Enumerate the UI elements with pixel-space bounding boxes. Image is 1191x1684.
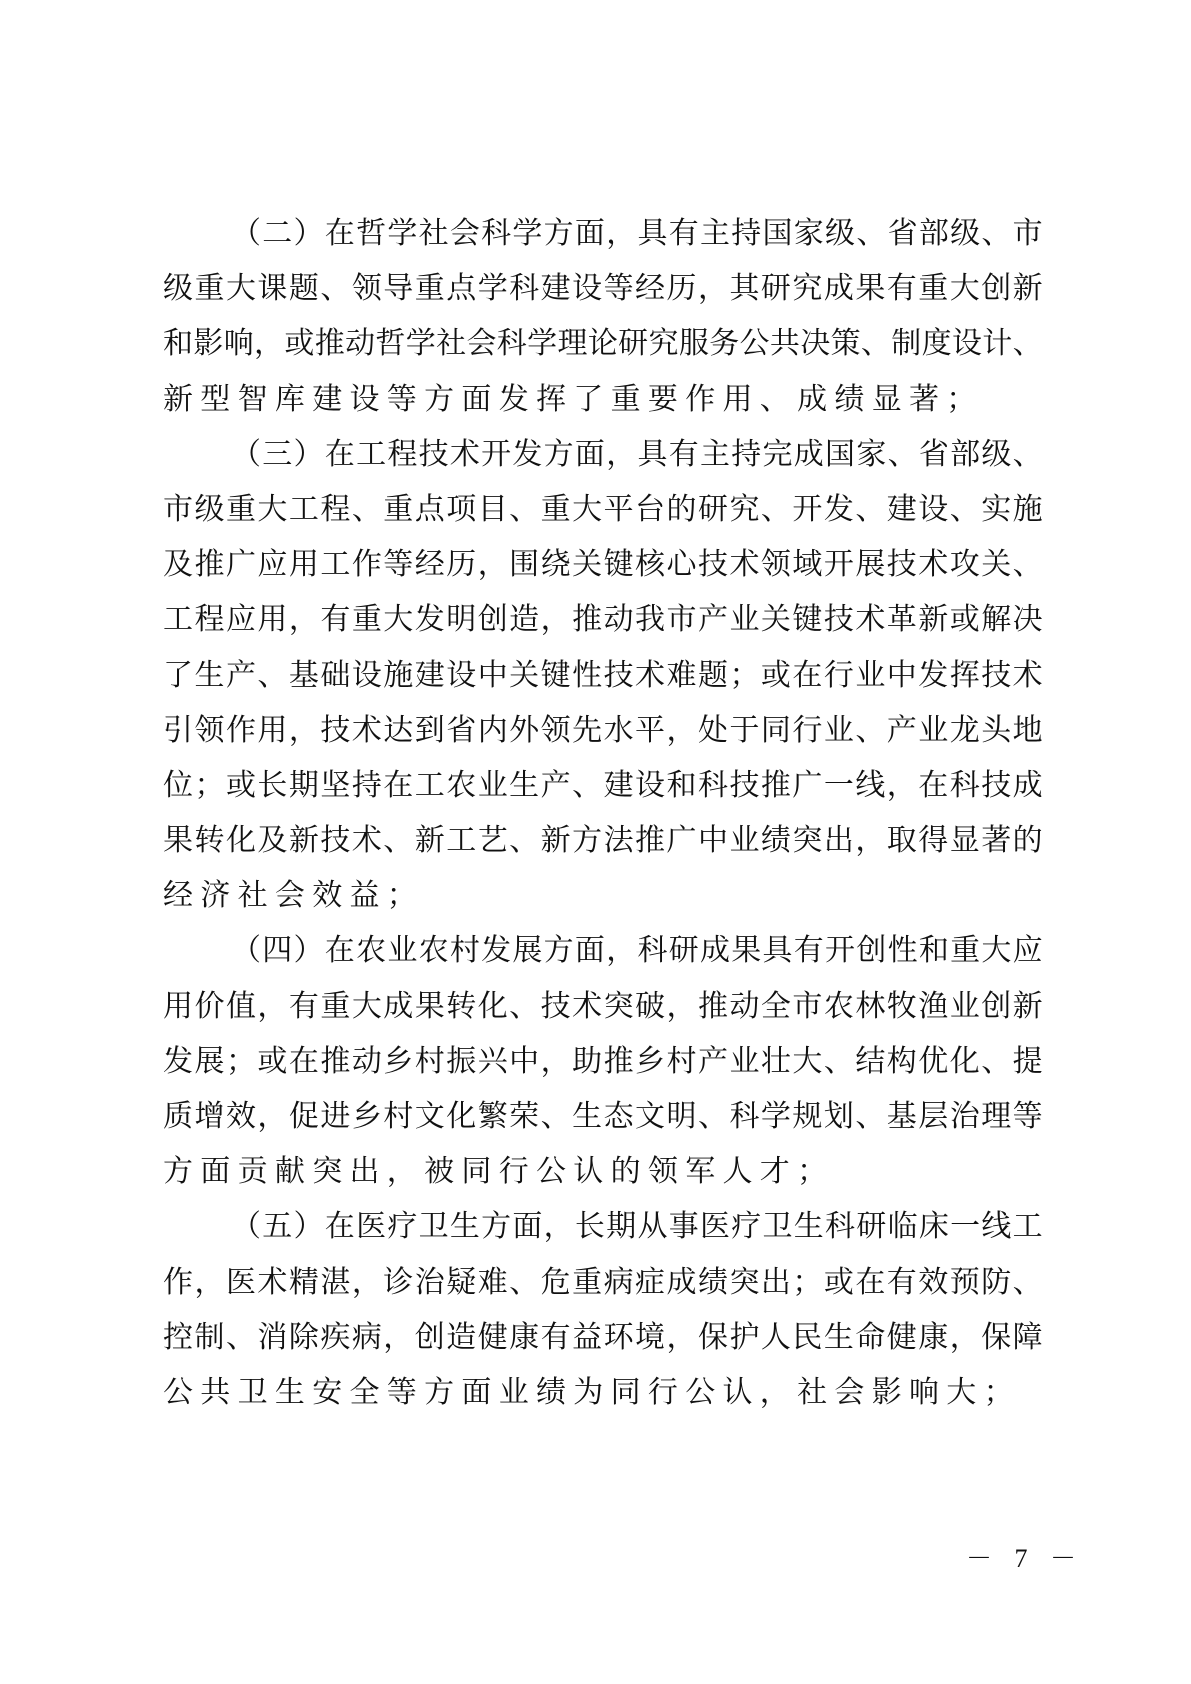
text-line: 果转化及新技术、新工艺、新方法推广中业绩突出，取得显著的 bbox=[163, 813, 1043, 868]
text-line: 经济社会效益； bbox=[163, 868, 1043, 923]
text-line: 市级重大工程、重点项目、重大平台的研究、开发、建设、实施 bbox=[163, 482, 1043, 537]
text-line: 工程应用，有重大发明创造，推动我市产业关键技术革新或解决 bbox=[163, 592, 1043, 647]
text-line: 用价值，有重大成果转化、技术突破，推动全市农林牧渔业创新 bbox=[163, 979, 1043, 1034]
text-line: （三）在工程技术开发方面，具有主持完成国家、省部级、 bbox=[163, 427, 1043, 482]
text-line: 位；或长期坚持在工农业生产、建设和科技推广一线，在科技成 bbox=[163, 758, 1043, 813]
text-line: 引领作用，技术达到省内外领先水平，处于同行业、产业龙头地 bbox=[163, 703, 1043, 758]
text-line: 和影响，或推动哲学社会科学理论研究服务公共决策、制度设计、 bbox=[163, 316, 1043, 371]
page-number: － 7 － bbox=[966, 1538, 1084, 1575]
text-line: 发展；或在推动乡村振兴中，助推乡村产业壮大、结构优化、提 bbox=[163, 1034, 1043, 1089]
text-line: 及推广应用工作等经历，围绕关键核心技术领域开展技术攻关、 bbox=[163, 537, 1043, 592]
text-line: （五）在医疗卫生方面，长期从事医疗卫生科研临床一线工 bbox=[163, 1199, 1043, 1254]
paragraph-2: （二）在哲学社会科学方面，具有主持国家级、省部级、市 级重大课题、领导重点学科建… bbox=[163, 206, 1043, 427]
text-line: 公共卫生安全等方面业绩为同行公认，社会影响大； bbox=[163, 1365, 1043, 1420]
text-line: 作，医术精湛，诊治疑难、危重病症成绩突出；或在有效预防、 bbox=[163, 1255, 1043, 1310]
text-line: 新型智库建设等方面发挥了重要作用、成绩显著； bbox=[163, 372, 1043, 427]
paragraph-5: （五）在医疗卫生方面，长期从事医疗卫生科研临床一线工 作，医术精湛，诊治疑难、危… bbox=[163, 1199, 1043, 1420]
paragraph-3: （三）在工程技术开发方面，具有主持完成国家、省部级、 市级重大工程、重点项目、重… bbox=[163, 427, 1043, 924]
text-line: 控制、消除疾病，创造健康有益环境，保护人民生命健康，保障 bbox=[163, 1310, 1043, 1365]
document-body: （二）在哲学社会科学方面，具有主持国家级、省部级、市 级重大课题、领导重点学科建… bbox=[163, 206, 1043, 1420]
paragraph-4: （四）在农业农村发展方面，科研成果具有开创性和重大应 用价值，有重大成果转化、技… bbox=[163, 923, 1043, 1199]
text-line: 了生产、基础设施建设中关键性技术难题；或在行业中发挥技术 bbox=[163, 648, 1043, 703]
text-line: 质增效，促进乡村文化繁荣、生态文明、科学规划、基层治理等 bbox=[163, 1089, 1043, 1144]
text-line: 级重大课题、领导重点学科建设等经历，其研究成果有重大创新 bbox=[163, 261, 1043, 316]
text-line: （二）在哲学社会科学方面，具有主持国家级、省部级、市 bbox=[163, 206, 1043, 261]
text-line: （四）在农业农村发展方面，科研成果具有开创性和重大应 bbox=[163, 923, 1043, 978]
text-line: 方面贡献突出，被同行公认的领军人才； bbox=[163, 1144, 1043, 1199]
document-page: （二）在哲学社会科学方面，具有主持国家级、省部级、市 级重大课题、领导重点学科建… bbox=[0, 0, 1191, 1684]
